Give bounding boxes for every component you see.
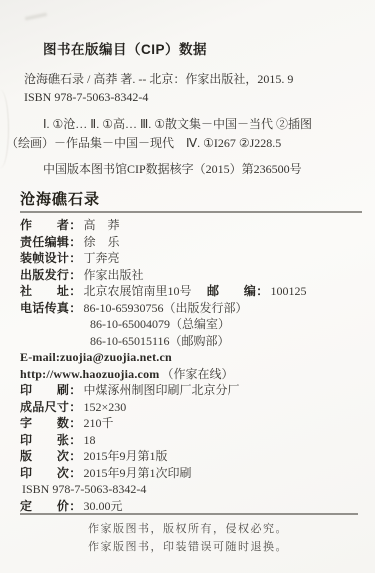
row-label: 作 者： <box>20 218 82 232</box>
row-label: 社 址： <box>20 284 82 298</box>
row-label: 出版发行： <box>20 268 82 282</box>
row-value: 18 <box>84 433 96 447</box>
colophon-row: 成品尺寸：152×230 <box>20 399 368 416</box>
row-value: E-mail:zuojia@zuojia.net.cn <box>20 350 172 364</box>
row-label: 责任编辑： <box>20 235 82 249</box>
row-label: 版 次： <box>20 449 82 463</box>
colophon-row: 电话传真：86-10-65930756（出版发行部） <box>20 300 368 317</box>
colophon-row: 作 者：高 莽 <box>20 217 368 234</box>
row-value: http://www.haozuojia.com <box>20 367 159 381</box>
cip-record: 沧海礁石录 / 高莽 著. -- 北京：作家出版社，2015. 9 ISBN 9… <box>24 71 364 106</box>
cip-classification: Ⅰ. ①沧… Ⅱ. ①高… Ⅲ. ①散文集－中国－当代 ②插图 （绘画）－作品集… <box>6 115 370 153</box>
row-value: 丁奔亮 <box>84 251 120 265</box>
row-note: （作家在线） <box>161 367 233 381</box>
book-title: 沧海礁石录 <box>20 188 100 209</box>
colophon-row: http://www.haozuojia.com（作家在线） <box>20 366 368 383</box>
cip-block: 图书在版编目（CIP）数据 沧海礁石录 / 高莽 著. -- 北京：作家出版社，… <box>0 38 375 177</box>
row-value: 徐 乐 <box>84 235 120 249</box>
row-value: ISBN 978-7-5063-8342-4 <box>22 482 146 496</box>
row-value: 152×230 <box>84 400 127 414</box>
colophon-row: 86-10-65015116（邮购部） <box>20 333 368 350</box>
row-value: 高 莽 <box>84 218 120 232</box>
copyright-notice-line1: 作家版图书，版权所有，侵权必究。 <box>88 520 288 538</box>
cip-classification-line2: （绘画）－作品集－中国－现代 Ⅳ. ①I267 ②J228.5 <box>6 134 370 153</box>
colophon-row: 印 张：18 <box>20 432 368 449</box>
colophon-row: 责任编辑：徐 乐 <box>20 234 368 251</box>
row-label: 印 张： <box>20 433 82 447</box>
row-label: 装帧设计： <box>20 251 82 265</box>
colophon-rows: 作 者：高 莽责任编辑：徐 乐装帧设计：丁奔亮出版发行：作家出版社社 址：北京农… <box>20 217 368 514</box>
scan-smudge-artifact <box>25 13 47 21</box>
colophon-row: 装帧设计：丁奔亮 <box>20 250 368 267</box>
colophon-row: ISBN 978-7-5063-8342-4 <box>20 481 368 498</box>
row-value: 86-10-65004079（总编室） <box>90 317 230 331</box>
copyright-page: 图书在版编目（CIP）数据 沧海礁石录 / 高莽 著. -- 北京：作家出版社，… <box>0 0 375 573</box>
footer-divider-line <box>20 513 358 515</box>
row-label: 成品尺寸： <box>20 400 82 414</box>
colophon-row: 定 价：30.00元 <box>20 498 368 515</box>
cip-registry: 中国版本图书馆CIP数据核字（2015）第236500号 <box>43 160 375 177</box>
row-value: 2015年9月第1版 <box>84 449 168 463</box>
colophon-row: 社 址：北京农展馆南里10号邮 编：100125 <box>20 283 368 300</box>
row-label: 字 数： <box>20 416 82 430</box>
colophon-row: 版 次：2015年9月第1版 <box>20 448 368 465</box>
cip-record-line1: 沧海礁石录 / 高莽 著. -- 北京：作家出版社，2015. 9 <box>24 71 364 89</box>
colophon-row: 印 刷：中煤涿州制图印刷厂北京分厂 <box>20 382 368 399</box>
row-value: 210千 <box>84 416 114 430</box>
row-second-column: 邮 编：100125 <box>207 283 307 300</box>
row-value: 北京农展馆南里10号 <box>84 284 192 298</box>
row-label: 印 次： <box>20 466 82 480</box>
row-value: 2015年9月第1次印刷 <box>84 466 192 480</box>
copyright-notices: 作家版图书，版权所有，侵权必究。 作家版图书，印装错误可随时退换。 <box>88 520 288 556</box>
row-value: 作家出版社 <box>84 268 144 282</box>
row-value: 中煤涿州制图印刷厂北京分厂 <box>84 383 240 397</box>
colophon-row: 字 数：210千 <box>20 415 368 432</box>
row-label: 印 刷： <box>20 383 82 397</box>
row-value: 86-10-65930756（出版发行部） <box>84 301 248 315</box>
cip-classification-line1: Ⅰ. ①沧… Ⅱ. ①高… Ⅲ. ①散文集－中国－当代 ②插图 <box>6 115 370 134</box>
row-value: 100125 <box>271 284 307 298</box>
row-label: 邮 编： <box>207 284 269 298</box>
cip-heading: 图书在版编目（CIP）数据 <box>43 38 375 58</box>
row-value: 30.00元 <box>84 499 123 513</box>
copyright-notice-line2: 作家版图书，印装错误可随时退换。 <box>88 538 288 556</box>
row-label: 定 价： <box>20 499 82 513</box>
colophon-row: 86-10-65004079（总编室） <box>20 316 368 333</box>
title-divider-line <box>20 211 362 213</box>
cip-record-isbn: ISBN 978-7-5063-8342-4 <box>24 89 364 107</box>
row-label: 电话传真： <box>20 301 82 315</box>
colophon-row: 出版发行：作家出版社 <box>20 267 368 284</box>
row-value: 86-10-65015116（邮购部） <box>90 334 230 348</box>
colophon-row: E-mail:zuojia@zuojia.net.cn <box>20 349 368 366</box>
colophon-row: 印 次：2015年9月第1次印刷 <box>20 465 368 482</box>
